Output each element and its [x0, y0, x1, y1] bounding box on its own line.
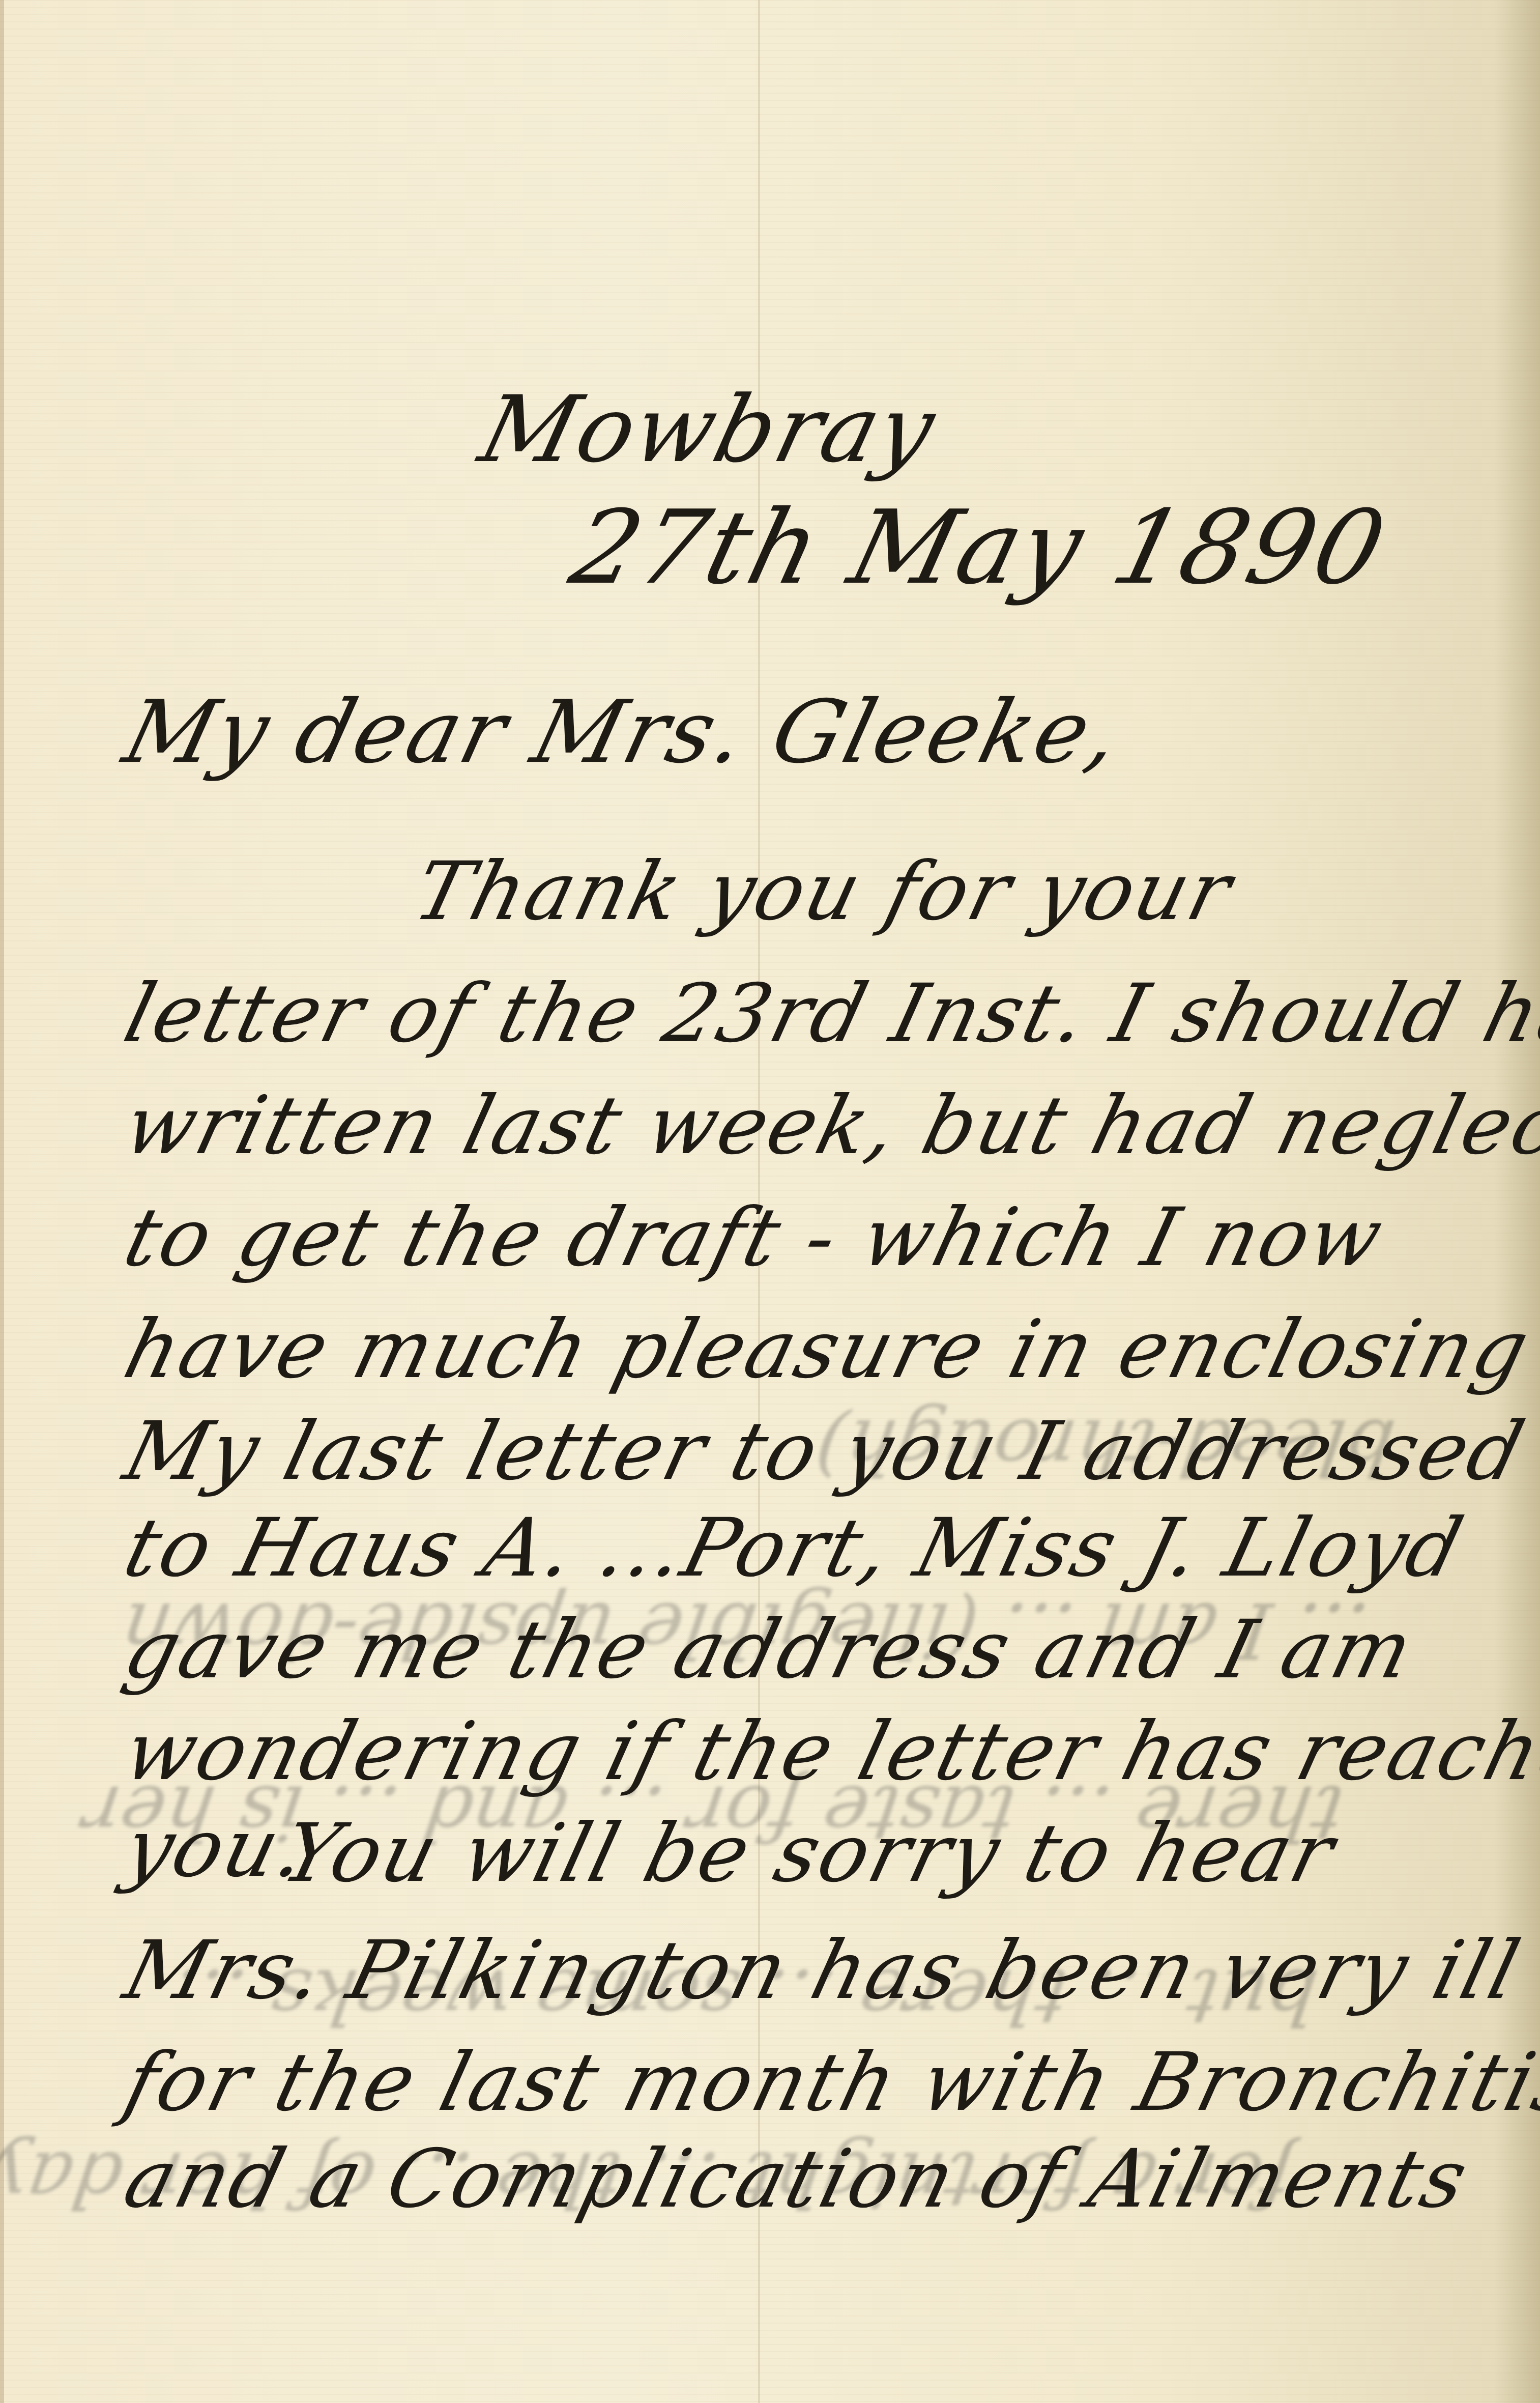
body-line: You will be sorry to hear: [273, 1807, 1345, 1900]
body-line: Mrs. Pilkington has been very ill: [115, 1924, 1530, 2017]
body-line: to Haus A. ...Port, Miss J. Lloyd: [115, 1501, 1473, 1595]
letter-place: Mowbray: [470, 377, 947, 483]
body-line: Thank you for your: [405, 845, 1242, 938]
body-line: for the last month with Bronchitis: [115, 2036, 1540, 2129]
letter-date: 27th May 1890: [560, 489, 1398, 607]
body-line: My last letter to you I addressed: [115, 1405, 1534, 1498]
body-line: letter of the 23rd Inst. I should have: [115, 967, 1540, 1061]
letter-page: for a fortnight ... the ... of her day, …: [0, 0, 1540, 2403]
body-line: wondering if the letter has reached: [115, 1705, 1540, 1798]
body-line: have much pleasure in enclosing -: [115, 1303, 1540, 1396]
body-line: gave me the address and I am: [115, 1603, 1423, 1697]
body-line: and a Complication of Ailments: [115, 2132, 1478, 2226]
body-line: written last week, but had neglected: [115, 1079, 1540, 1172]
body-line: to get the draft - which I now: [115, 1191, 1393, 1284]
letter-salutation: My dear Mrs. Gleeke,: [114, 682, 1131, 783]
